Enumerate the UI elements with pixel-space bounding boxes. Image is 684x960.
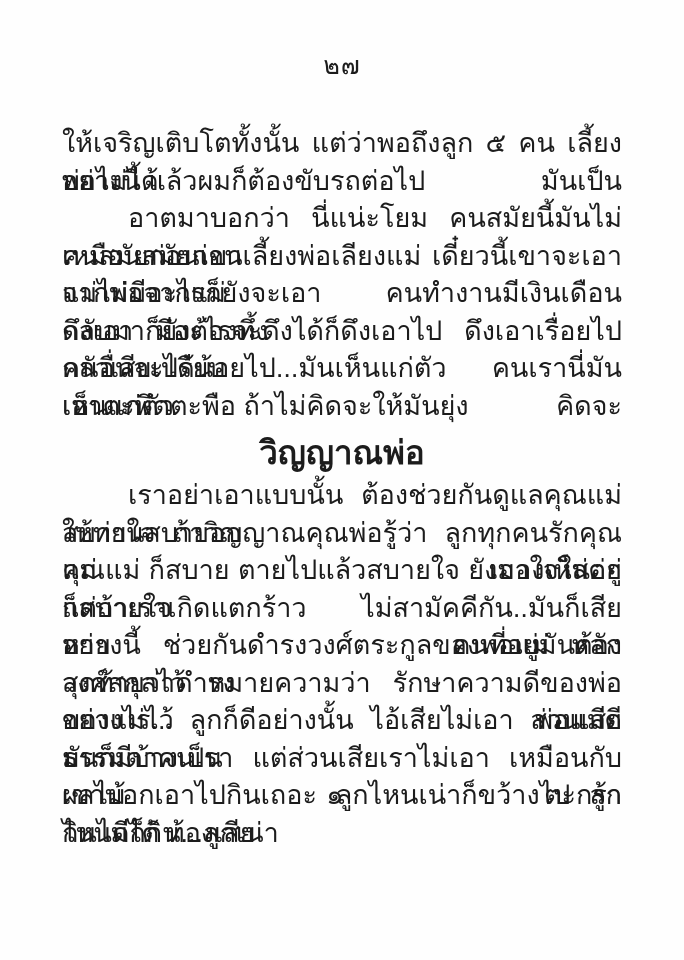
text-line: ให้เจริญเติบโตทั้งนั้น แต่ว่าพอถึงลูก ๕ … [62,125,622,163]
text-line: แม่ไม่มีอะไรก็ยังจะเอา คนทำงานมีเงินเดือ… [62,275,622,313]
text-line: อาตมาบอกว่า นี่แน่ะโยม คนสมัยนี้มันไม่เห… [62,200,622,238]
text-line: คนสมัยก่อนเขาเลี้ยงพ่อเลียงแม่ เดี๋ยวนี้… [62,238,622,276]
text-line: กินไม่ได้ ท้องเสีย [62,815,622,853]
text-line: สบายใจ ถ้าวิญญาณคุณพ่อรู้ว่า ลูกทุกคนรัก… [62,515,622,553]
text-line: คนอื่นจะได้น้อยไป...มันเห็นแก่ตัว คนเราน… [62,350,622,388]
paragraph: อาตมาบอกว่า นี่แน่ะโยม คนสมัยนี้มันไม่เห… [62,200,622,425]
paragraph: เราอย่าเอาแบบนั้น ต้องช่วยกันดูแลคุณแม่ใ… [62,477,622,852]
text-line: เราอย่าเอาแบบนั้น ต้องช่วยกันดูแลคุณแม่ใ… [62,477,622,515]
text-line: แต่ถ้าเราเกิดแตกร้าว ไม่สามัคคีกัน..มันก… [62,590,622,628]
text-line: อย่างไร... ลูกก็ดีอย่างนั้น ไอ้เสียไม่เอ… [62,702,622,740]
paragraph: ให้เจริญเติบโตทั้งนั้น แต่ว่าพอถึงลูก ๕ … [62,125,622,200]
text-line: เขาบอกเอาไปกินเถอะ ลูกไหนเน่าก็ขว้างไป ล… [62,777,622,815]
text-line: ธรรมดาคนเรา แต่ส่วนเสียเราไม่เอา เหมือนก… [62,740,622,778]
section-heading: วิญญาณพ่อ [62,431,622,475]
page-body-text: ให้เจริญเติบโตทั้งนั้น แต่ว่าพอถึงลูก ๕ … [62,125,622,852]
text-line: อย่างนี้ ช่วยกันดำรงวงศ์ตระกูลของพ่อแม่ … [62,627,622,665]
book-page: ๒๗ ให้เจริญเติบโตทั้งนั้น แต่ว่าพอถึงลูก… [0,0,684,960]
text-line: คุณแม่ ก็สบาย ตายไปแล้วสบายใจ ยังมองเห็น… [62,552,622,590]
text-line: ดึงเอา มีอะไรจะดึงได้ก็ดึงเอาไป ดึงเอาเร… [62,313,622,351]
page-number: ๒๗ [0,46,684,86]
text-line: วงศ์สกุลไว้ หมายความว่า รักษาความดีของพ่… [62,665,622,703]
